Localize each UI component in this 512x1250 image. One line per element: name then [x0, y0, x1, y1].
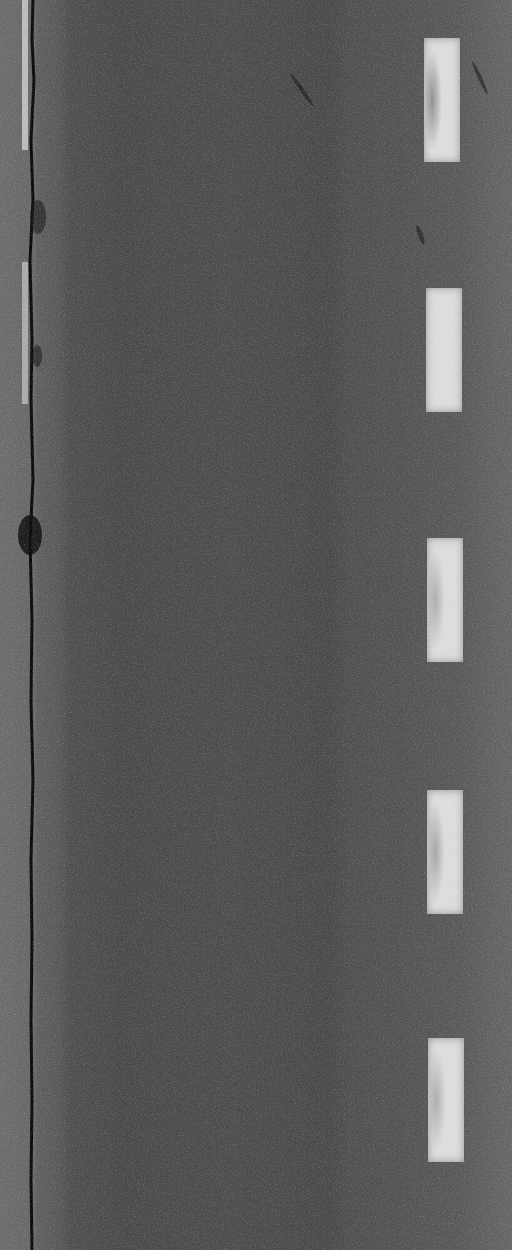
- lane-dash: [427, 790, 463, 914]
- crack-patch: [18, 515, 42, 555]
- lane-dash: [424, 38, 460, 162]
- pothole-blob: [30, 200, 46, 234]
- lane-dash: [428, 1038, 464, 1162]
- road-surface-photo: [0, 0, 512, 1250]
- lane-dash: [426, 288, 462, 412]
- pothole-blob: [32, 345, 42, 367]
- longitudinal-crack: [27, 0, 37, 1250]
- lane-dash: [427, 538, 463, 662]
